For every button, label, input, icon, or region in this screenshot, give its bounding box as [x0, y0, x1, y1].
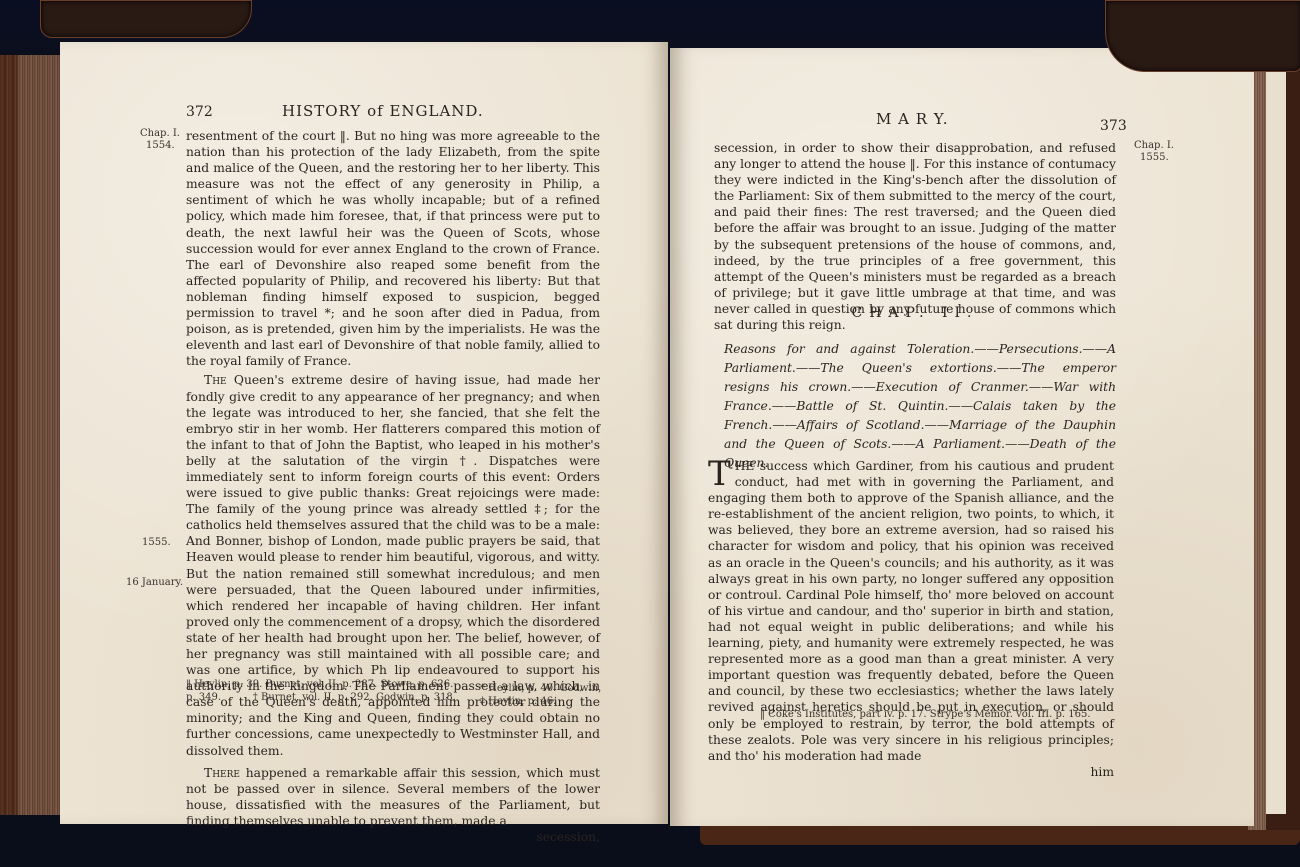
footnote: * Heylin, p. 40. Godwin, [480, 682, 630, 695]
catchword: secession, [186, 829, 600, 845]
page-number: 373 [1100, 118, 1127, 134]
right-flyleaf [1266, 54, 1286, 814]
catchword: him [708, 764, 1114, 780]
paragraph-lead: There [204, 766, 240, 780]
left-leaves [18, 55, 66, 815]
footnote: ‖ Heylin, p. 39. Burnet, vol. II. p. 287… [186, 678, 486, 691]
paragraph-lead: The [204, 373, 227, 387]
running-head: HISTORY of ENGLAND. [282, 102, 484, 120]
footnote: p. 349. † Burnet, vol. II. p. 292. Godwi… [186, 691, 486, 704]
right-page-edges [1248, 50, 1300, 830]
margin-note: 1554. [146, 140, 175, 152]
margin-note: 1555. [1140, 152, 1169, 164]
body-lead: HE [735, 459, 755, 473]
right-page: M A R Y. 373 Chap. I. 1555. secession, i… [670, 48, 1254, 826]
footnotes-right-col: * Heylin, p. 40. Godwin, ‡ Heylin, p. 46… [480, 682, 630, 708]
page-number: 372 [186, 104, 213, 120]
margin-note: 16 January. [126, 577, 183, 589]
page-clip-right [1105, 0, 1300, 72]
paragraph: There happened a remarkable affair this … [186, 765, 600, 829]
chapter-title: CHAP. II. [714, 305, 1116, 321]
margin-note: 1555. [142, 537, 171, 549]
page-clip-left [40, 0, 252, 38]
drop-cap: T [708, 460, 731, 488]
footnotes-left-col: ‖ Heylin, p. 39. Burnet, vol. II. p. 287… [186, 678, 486, 704]
margin-note: Chap. I. [140, 128, 180, 140]
running-head: M A R Y. [876, 110, 949, 128]
chapter-body: THE success which Gardiner, from his cau… [708, 458, 1114, 780]
footnote: ‡ Heylin, p. 46. [480, 695, 630, 708]
chapter-summary: Reasons for and against Toleration.——Per… [724, 340, 1116, 473]
left-page-edges [0, 55, 66, 815]
paragraph: resentment of the court ‖. But no hing w… [186, 128, 600, 369]
margin-note: Chap. I. [1134, 140, 1174, 152]
left-page: 372 HISTORY of ENGLAND. Chap. I. 1554. 1… [60, 42, 668, 824]
footnote: ‖ Coke's Institutes, part iv. p. 17. Str… [760, 708, 1140, 721]
body-text: resentment of the court ‖. But no hing w… [186, 128, 600, 845]
